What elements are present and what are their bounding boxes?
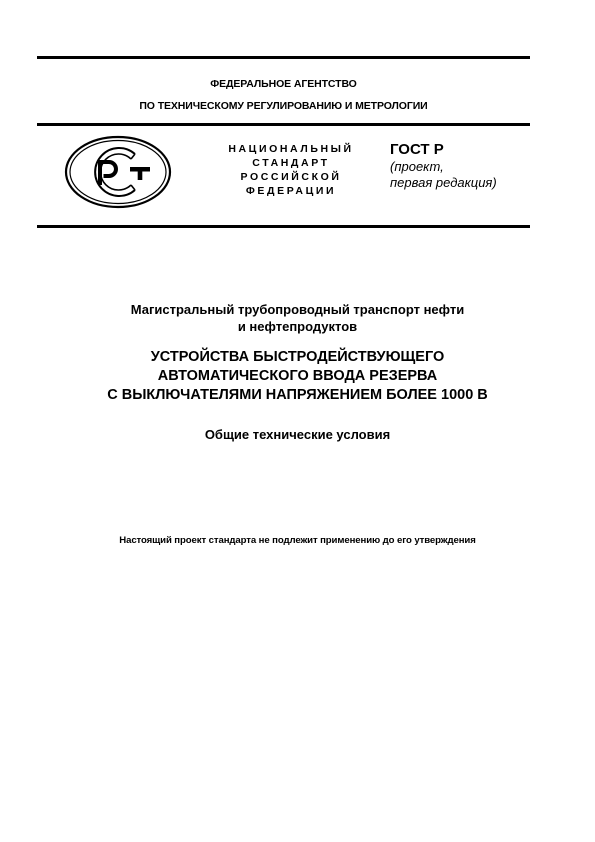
gost-title: ГОСТ Р bbox=[390, 141, 540, 159]
document-subject-line1: Магистральный трубопроводный транспорт н… bbox=[0, 301, 595, 318]
national-standard-line: НАЦИОНАЛЬНЫЙ bbox=[215, 142, 367, 156]
gost-status-line2: первая редакция) bbox=[390, 175, 540, 191]
agency-name-line1: ФЕДЕРАЛЬНОЕ АГЕНТСТВО bbox=[37, 78, 530, 90]
document-title-line: УСТРОЙСТВА БЫСТРОДЕЙСТВУЮЩЕГО bbox=[0, 348, 595, 367]
bottom-rule bbox=[37, 225, 530, 228]
rst-logo-icon bbox=[63, 134, 173, 210]
document-title: УСТРОЙСТВА БЫСТРОДЕЙСТВУЮЩЕГО АВТОМАТИЧЕ… bbox=[0, 348, 595, 405]
document-subject: Магистральный трубопроводный транспорт н… bbox=[0, 301, 595, 335]
document-subject-line2: и нефтепродуктов bbox=[0, 318, 595, 335]
national-standard-label: НАЦИОНАЛЬНЫЙ СТАНДАРТ РОССИЙСКОЙ ФЕДЕРАЦ… bbox=[215, 142, 367, 198]
agency-name-line2: ПО ТЕХНИЧЕСКОМУ РЕГУЛИРОВАНИЮ И МЕТРОЛОГ… bbox=[37, 100, 530, 112]
document-title-line: С ВЫКЛЮЧАТЕЛЯМИ НАПРЯЖЕНИЕМ БОЛЕЕ 1000 В bbox=[0, 386, 595, 405]
national-standard-line: РОССИЙСКОЙ bbox=[215, 170, 367, 184]
document-title-line: АВТОМАТИЧЕСКОГО ВВОДА РЕЗЕРВА bbox=[0, 367, 595, 386]
header-divider-rule bbox=[37, 123, 530, 126]
gost-status-line1: (проект, bbox=[390, 159, 540, 175]
national-standard-line: ФЕДЕРАЦИИ bbox=[215, 184, 367, 198]
draft-notice: Настоящий проект стандарта не подлежит п… bbox=[0, 535, 595, 546]
top-rule bbox=[37, 56, 530, 59]
gost-designation: ГОСТ Р (проект, первая редакция) bbox=[390, 141, 540, 191]
national-standard-line: СТАНДАРТ bbox=[215, 156, 367, 170]
document-kind: Общие технические условия bbox=[0, 426, 595, 443]
